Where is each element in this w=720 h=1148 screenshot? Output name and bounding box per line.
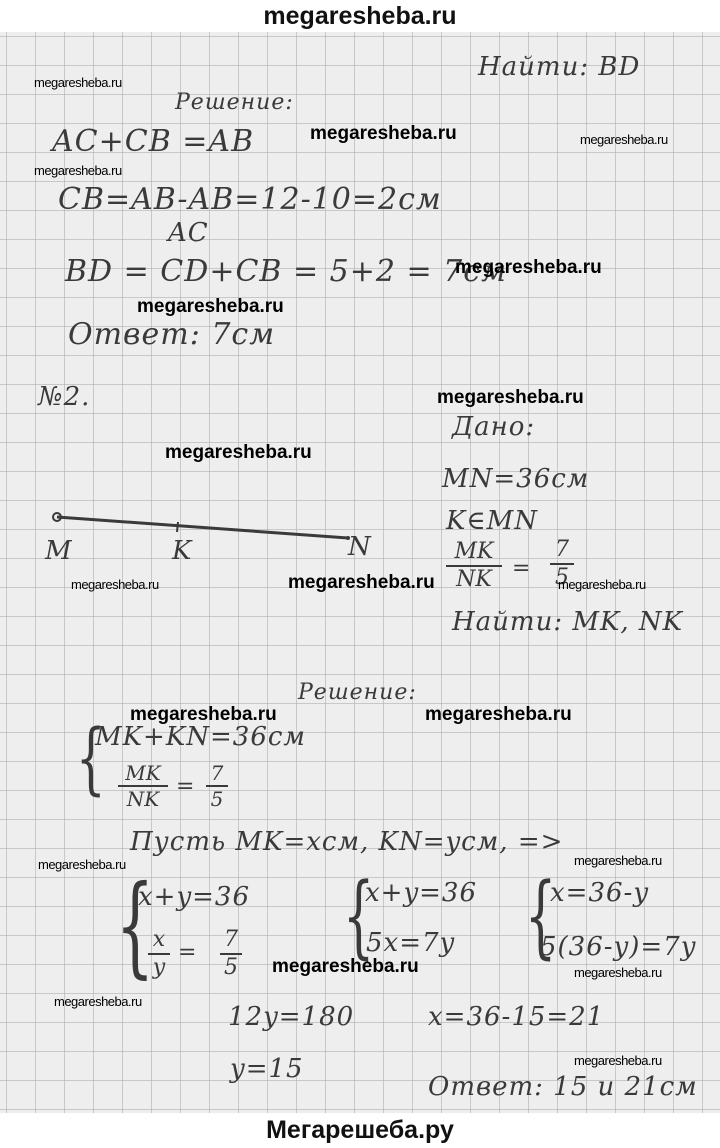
system1-eq2-lhs: MK NK [118,762,168,810]
watermark: megaresheba.ru [574,853,662,868]
system4-eq1: x=36-y [550,878,649,908]
watermark: megaresheba.ru [272,956,419,978]
system2-eq2-numerator: x [148,928,170,952]
watermark: megaresheba.ru [165,442,312,464]
solution-heading-2: Решение: [298,680,417,705]
system2-eq2-lhs: x y [148,928,170,980]
system2-eq2-rhs-denominator: 5 [220,956,242,980]
watermark: megaresheba.ru [437,387,584,409]
system1-eq2-rhs: 7 5 [206,762,228,810]
system1-eq2-rhs-denominator: 5 [206,788,228,810]
watermark: megaresheba.ru [574,1053,662,1068]
system4-eq2: 5(36-y)=7y [540,932,696,962]
point-label-n: N [348,532,372,562]
watermark: megaresheba.ru [130,704,277,726]
site-banner-bottom: Мегарешеба.ру [0,1113,720,1148]
system1-eq2-denominator: NK [118,788,168,810]
watermark: megaresheba.ru [425,704,572,726]
watermark: megaresheba.ru [580,132,668,147]
step-12y: 12y=180 [228,1002,354,1032]
watermark: megaresheba.ru [288,572,435,594]
system2-eq2-rhs-numerator: 7 [220,928,242,952]
system2-eq1: x+y=36 [138,882,250,912]
system2-eq2-rhs: 7 5 [220,928,242,980]
answer-2: Ответ: 15 и 21см [428,1072,698,1102]
watermark: megaresheba.ru [310,123,457,145]
step-y: y=15 [230,1054,304,1084]
point-label-k: K [172,536,192,566]
watermark: megaresheba.ru [38,857,126,872]
watermark: megaresheba.ru [71,577,159,592]
system1-eq1: MK+KN=36см [95,722,306,752]
step-x: x=36-15=21 [428,1002,604,1032]
watermark: megaresheba.ru [574,965,662,980]
watermark: megaresheba.ru [34,163,122,178]
watermark: megaresheba.ru [54,994,142,1009]
point-label-m: M [45,536,73,566]
watermark: megaresheba.ru [34,75,122,90]
let-statement: Пусть MK=xсм, KN=yсм, => [130,827,563,857]
site-banner-top: megaresheba.ru [0,0,720,32]
system2-eq2-denominator: y [148,956,170,980]
system1-eq2-numerator: MK [118,762,168,784]
equals-sign: = [176,774,195,799]
notebook-page: Найти: BD Решение: AC+CB =AB CB=AB-AB=12… [0,32,720,1113]
system3-eq2: 5x=7y [366,928,455,958]
equals-sign: = [178,940,197,965]
watermark: megaresheba.ru [558,577,646,592]
watermark: megaresheba.ru [137,296,284,318]
system1-eq2-rhs-numerator: 7 [206,762,228,784]
system3-eq1: x+y=36 [365,878,477,908]
watermark: megaresheba.ru [455,257,602,279]
